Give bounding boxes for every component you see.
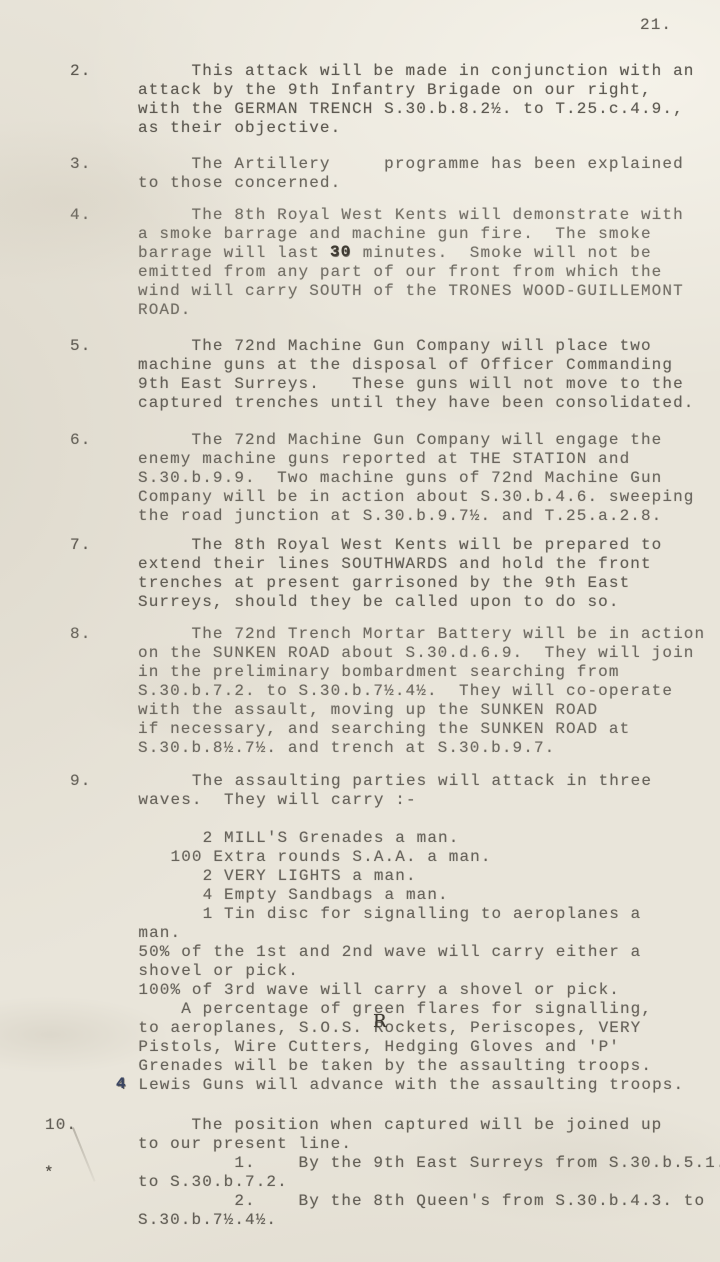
paragraph-4-text: The 8th Royal West Kents will demonstrat… <box>138 206 720 320</box>
paragraph-9-number: 9. <box>70 772 91 791</box>
paragraph-3-number: 3. <box>70 155 91 174</box>
paragraph-2-number: 2. <box>70 62 91 81</box>
paragraph-7-number: 7. <box>70 536 91 555</box>
paragraph-9: 9. The assaulting parties will attack in… <box>0 772 720 1095</box>
paragraph-10-text: The position when captured will be joine… <box>138 1116 720 1230</box>
paragraph-10-number: 10. <box>45 1116 77 1135</box>
overtyped-30-correction: 30 <box>330 243 351 262</box>
paragraph-2: 2. This attack will be made in conjuncti… <box>0 62 720 138</box>
paragraph-3-text: The Artillery programme has been explain… <box>138 155 720 193</box>
margin-asterisk-mark: * <box>44 1164 55 1183</box>
paragraph-4: 4. The 8th Royal West Kents will demonst… <box>0 206 720 320</box>
handwritten-r-correction: R <box>373 1012 387 1031</box>
paragraph-8-number: 8. <box>70 625 91 644</box>
paragraph-4-number: 4. <box>70 206 91 225</box>
paragraph-6: 6. The 72nd Machine Gun Company will eng… <box>0 431 720 526</box>
paragraph-5-text: The 72nd Machine Gun Company will place … <box>138 337 720 413</box>
paragraph-3: 3. The Artillery programme has been expl… <box>0 155 720 193</box>
paragraph-5: 5. The 72nd Machine Gun Company will pla… <box>0 337 720 413</box>
paragraph-2-text: This attack will be made in conjunction … <box>138 62 720 138</box>
paragraph-6-number: 6. <box>70 431 91 450</box>
paragraph-10: 10. The position when captured will be j… <box>0 1116 720 1230</box>
paragraph-9-text: The assaulting parties will attack in th… <box>117 772 720 1095</box>
handwritten-4-correction: 4 <box>116 1075 127 1094</box>
page-number: 21. <box>640 16 672 35</box>
paragraph-8: 8. The 72nd Trench Mortar Battery will b… <box>0 625 720 758</box>
paragraph-5-number: 5. <box>70 337 91 356</box>
document-page: 21. 2. This attack will be made in conju… <box>0 0 720 1262</box>
paragraph-6-text: The 72nd Machine Gun Company will engage… <box>138 431 720 526</box>
paragraph-8-text: The 72nd Trench Mortar Battery will be i… <box>138 625 720 758</box>
paragraph-7-text: The 8th Royal West Kents will be prepare… <box>138 536 720 612</box>
paragraph-7: 7. The 8th Royal West Kents will be prep… <box>0 536 720 612</box>
